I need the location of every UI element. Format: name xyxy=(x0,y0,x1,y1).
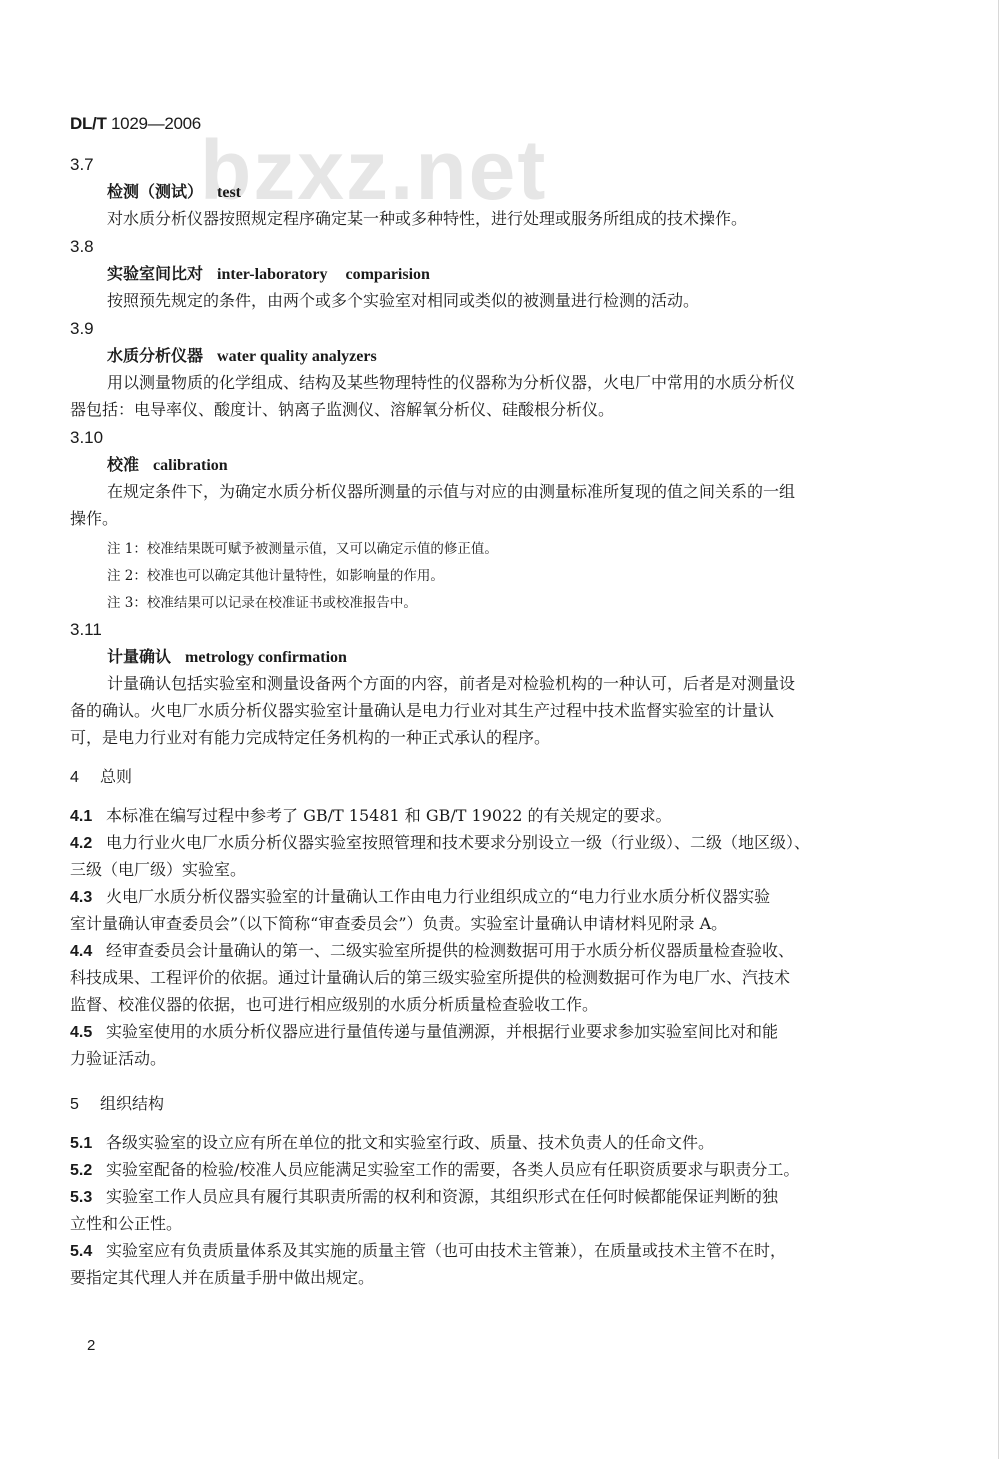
paragraph-continued: 监督、校准仪器的依据，也可进行相应级别的水质分析质量检查验收工作。 xyxy=(70,995,932,1015)
note: 注 1：校准结果既可赋予被测量示值，又可以确定示值的修正值。 xyxy=(107,539,969,559)
paragraph: 4.1本标准在编写过程中参考了 GB/T 15481 和 GB/T 19022 … xyxy=(70,806,932,827)
paragraph-continued: 立性和公正性。 xyxy=(70,1214,932,1234)
paragraph-continued: 室计量确认审查委员会”（以下简称“审查委员会”）负责。实验室计量确认申请材料见附… xyxy=(70,914,932,934)
section-title: 5组织结构 xyxy=(70,1095,932,1115)
term-heading: 实验室间比对inter-laboratorycomparision xyxy=(107,264,969,285)
term-heading: 校准calibration xyxy=(107,455,969,476)
paragraph: 5.1各级实验室的设立应有所在单位的批文和实验室行政、质量、技术负责人的任命文件… xyxy=(70,1133,932,1154)
page-edge xyxy=(998,0,999,1459)
paragraph-continued: 要指定其代理人并在质量手册中做出规定。 xyxy=(70,1268,932,1288)
definition-text: 在规定条件下，为确定水质分析仪器所测量的示值与对应的由测量标准所复现的值之间关系… xyxy=(107,482,969,502)
definition-text: 对水质分析仪器按照规定程序确定某一种或多种特性，进行处理或服务所组成的技术操作。 xyxy=(107,209,969,229)
clause-number: 3.9 xyxy=(70,319,932,339)
page-number: 2 xyxy=(87,1337,95,1354)
clause-number: 3.10 xyxy=(70,428,932,448)
definition-text: 器包括：电导率仪、酸度计、钠离子监测仪、溶解氧分析仪、硅酸根分析仪。 xyxy=(70,400,932,420)
paragraph: 5.3实验室工作人员应具有履行其职责所需的权利和资源，其组织形式在任何时候都能保… xyxy=(70,1187,932,1208)
term-heading: 水质分析仪器water quality analyzers xyxy=(107,346,969,367)
term-heading: 计量确认metrology confirmation xyxy=(107,647,969,668)
clause-number: 3.11 xyxy=(70,620,932,640)
paragraph-continued: 科技成果、工程评价的依据。通过计量确认后的第三级实验室所提供的检测数据可作为电厂… xyxy=(70,968,932,988)
paragraph: 5.2实验室配备的检验/校准人员应能满足实验室工作的需要，各类人员应有任职资质要… xyxy=(70,1160,932,1181)
note: 注 2：校准也可以确定其他计量特性，如影响量的作用。 xyxy=(107,566,969,586)
paragraph-continued: 力验证活动。 xyxy=(70,1049,932,1069)
standard-code: DL/T 1029—2006 xyxy=(70,114,932,134)
clause-number: 3.8 xyxy=(70,237,932,257)
paragraph: 4.2电力行业火电厂水质分析仪器实验室按照管理和技术要求分别设立一级（行业级）、… xyxy=(70,833,932,854)
note: 注 3：校准结果可以记录在校准证书或校准报告中。 xyxy=(107,593,969,613)
paragraph: 5.4实验室应有负责质量体系及其实施的质量主管（也可由技术主管兼），在质量或技术… xyxy=(70,1241,932,1262)
definition-text: 备的确认。火电厂水质分析仪器实验室计量确认是电力行业对其生产过程中技术监督实验室… xyxy=(70,701,932,721)
clause-number: 3.7 xyxy=(70,155,932,175)
term-heading: 检测（测试）test xyxy=(107,182,969,203)
definition-text: 操作。 xyxy=(70,509,932,529)
definition-text: 用以测量物质的化学组成、结构及某些物理特性的仪器称为分析仪器，火电厂中常用的水质… xyxy=(107,373,932,393)
definition-text: 可，是电力行业对有能力完成特定任务机构的一种正式承认的程序。 xyxy=(70,728,932,748)
paragraph: 4.5实验室使用的水质分析仪器应进行量值传递与量值溯源，并根据行业要求参加实验室… xyxy=(70,1022,932,1043)
definition-text: 按照预先规定的条件，由两个或多个实验室对相同或类似的被测量进行检测的活动。 xyxy=(107,291,969,311)
paragraph: 4.3火电厂水质分析仪器实验室的计量确认工作由电力行业组织成立的“电力行业水质分… xyxy=(70,887,932,908)
paragraph: 4.4经审查委员会计量确认的第一、二级实验室所提供的检测数据可用于水质分析仪器质… xyxy=(70,941,932,962)
section-title: 4总则 xyxy=(70,768,932,788)
paragraph-continued: 三级（电厂级）实验室。 xyxy=(70,860,932,880)
definition-text: 计量确认包括实验室和测量设备两个方面的内容，前者是对检验机构的一种认可，后者是对… xyxy=(107,674,969,694)
